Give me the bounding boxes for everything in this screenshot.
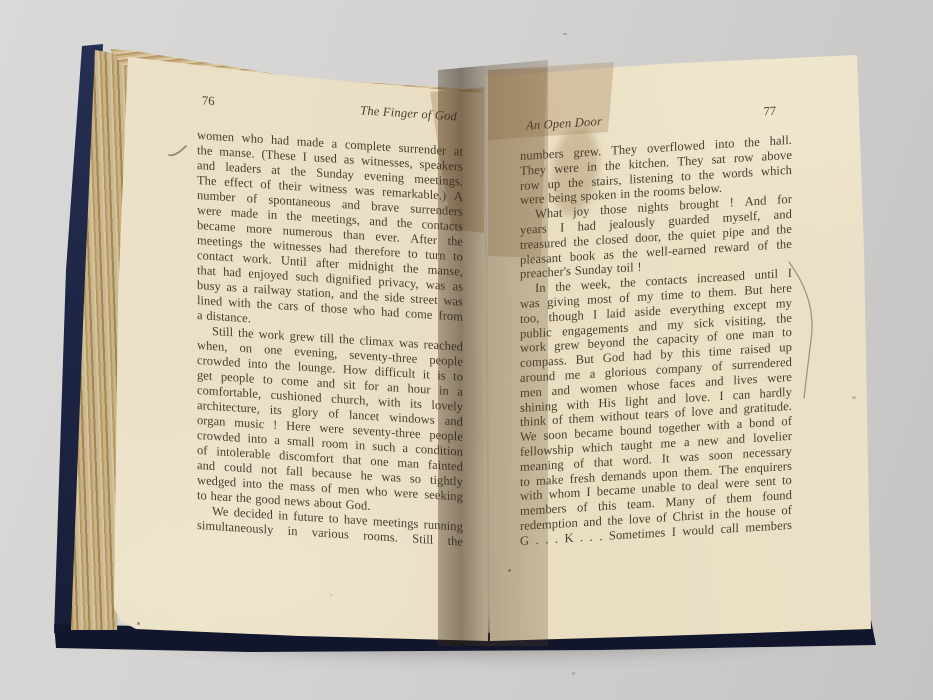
pencil-marks-overlay [0, 0, 933, 700]
speck [508, 569, 511, 572]
pencil-tick-mark [169, 146, 186, 155]
photo-of-open-book: { "scene": { "description": "Photograph … [0, 0, 933, 700]
pencil-arc-mark [789, 262, 812, 398]
speck [563, 33, 567, 35]
speck [330, 594, 332, 596]
speck [572, 672, 575, 675]
speck [137, 622, 140, 625]
speck [852, 396, 856, 399]
